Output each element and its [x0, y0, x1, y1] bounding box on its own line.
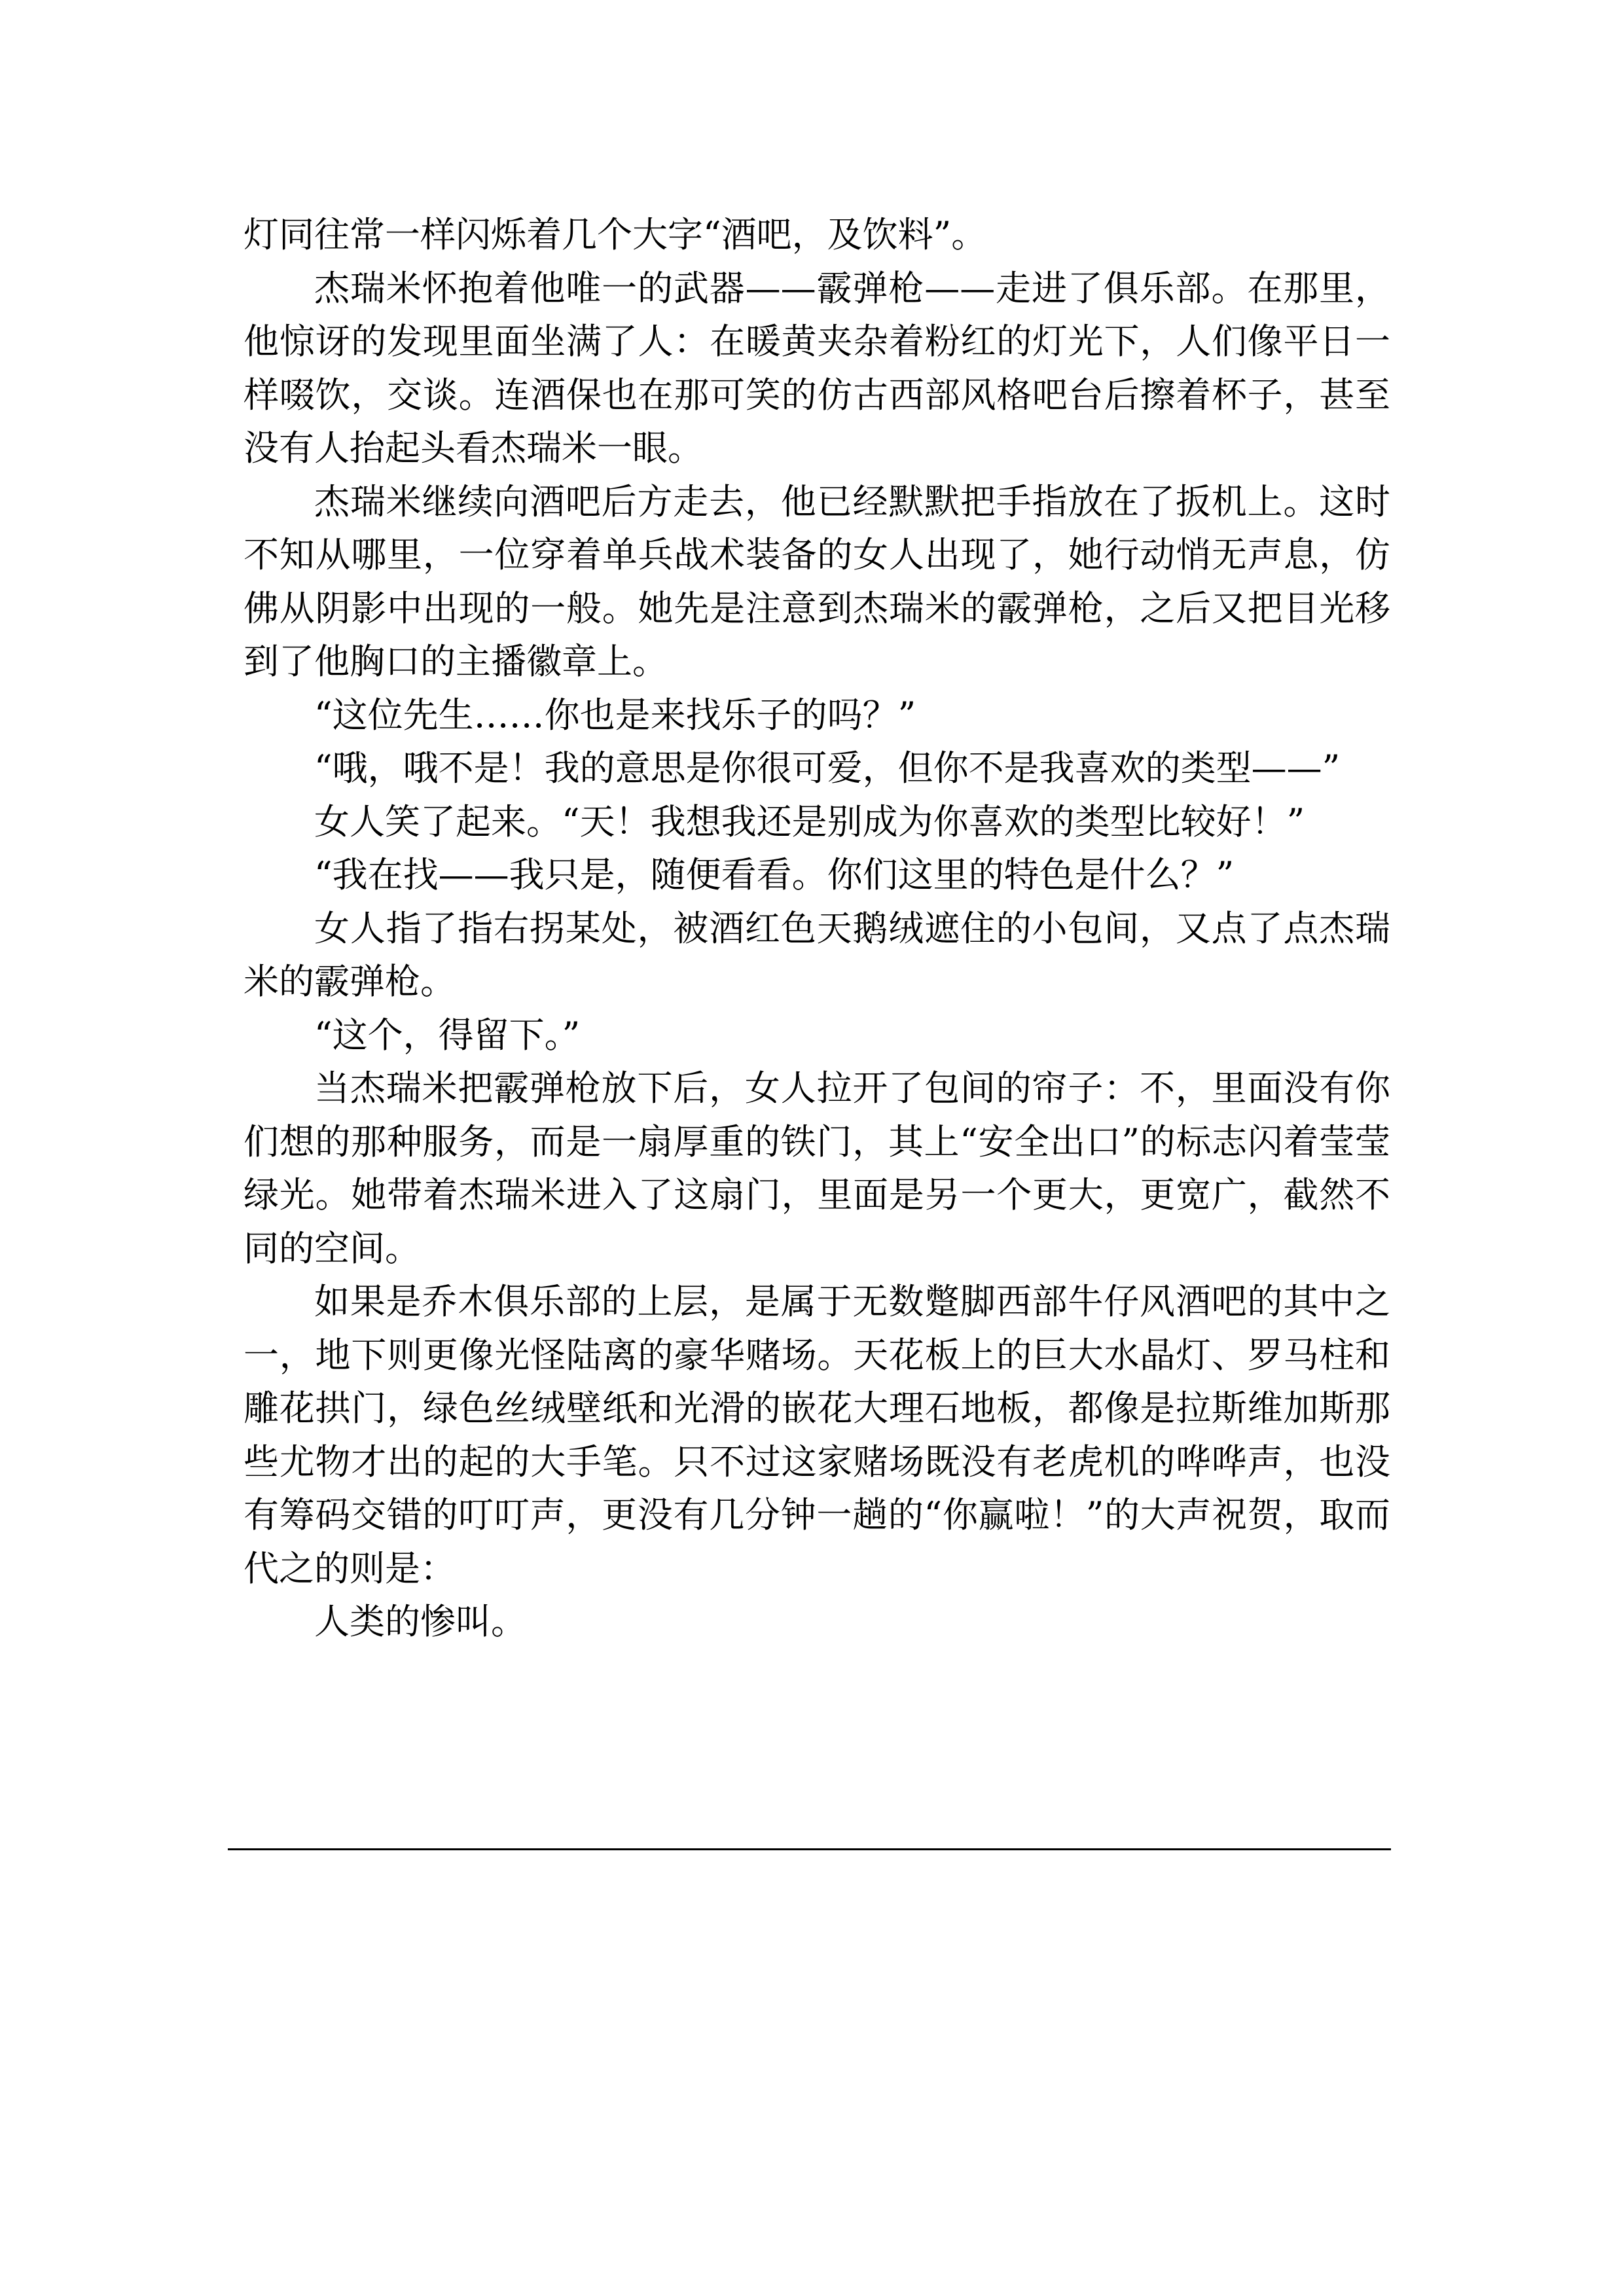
paragraph-7: “我在找——我只是，随便看看。你们这里的特色是什么？”	[244, 848, 1390, 902]
paragraph-11: 如果是乔木俱乐部的上层，是属于无数蹩脚西部牛仔风酒吧的其中之一，地下则更像光怪陆…	[244, 1275, 1390, 1595]
paragraph-1: 灯同往常一样闪烁着几个大字“酒吧，及饮料”。	[244, 208, 1390, 262]
paragraph-2: 杰瑞米怀抱着他唯一的武器——霰弹枪——走进了俱乐部。在那里，他惊讶的发现里面坐满…	[244, 262, 1390, 475]
paragraph-4: “这位先生……你也是来找乐子的吗？”	[244, 689, 1390, 742]
footnote-separator-rule	[228, 1848, 1391, 1850]
paragraph-9: “这个，得留下。”	[244, 1009, 1390, 1062]
paragraph-3: 杰瑞米继续向酒吧后方走去，他已经默默把手指放在了扳机上。这时不知从哪里，一位穿着…	[244, 475, 1390, 689]
paragraph-6: 女人笑了起来。“天！我想我还是别成为你喜欢的类型比较好！”	[244, 795, 1390, 849]
paragraph-8: 女人指了指右拐某处，被酒红色天鹅绒遮住的小包间，又点了点杰瑞米的霰弹枪。	[244, 902, 1390, 1009]
paragraph-5: “哦，哦不是！我的意思是你很可爱，但你不是我喜欢的类型——”	[244, 742, 1390, 795]
paragraph-12: 人类的惨叫。	[244, 1595, 1390, 1649]
paragraph-10: 当杰瑞米把霰弹枪放下后，女人拉开了包间的帘子：不，里面没有你们想的那种服务，而是…	[244, 1062, 1390, 1275]
document-body: 灯同往常一样闪烁着几个大字“酒吧，及饮料”。 杰瑞米怀抱着他唯一的武器——霰弹枪…	[244, 208, 1390, 1649]
